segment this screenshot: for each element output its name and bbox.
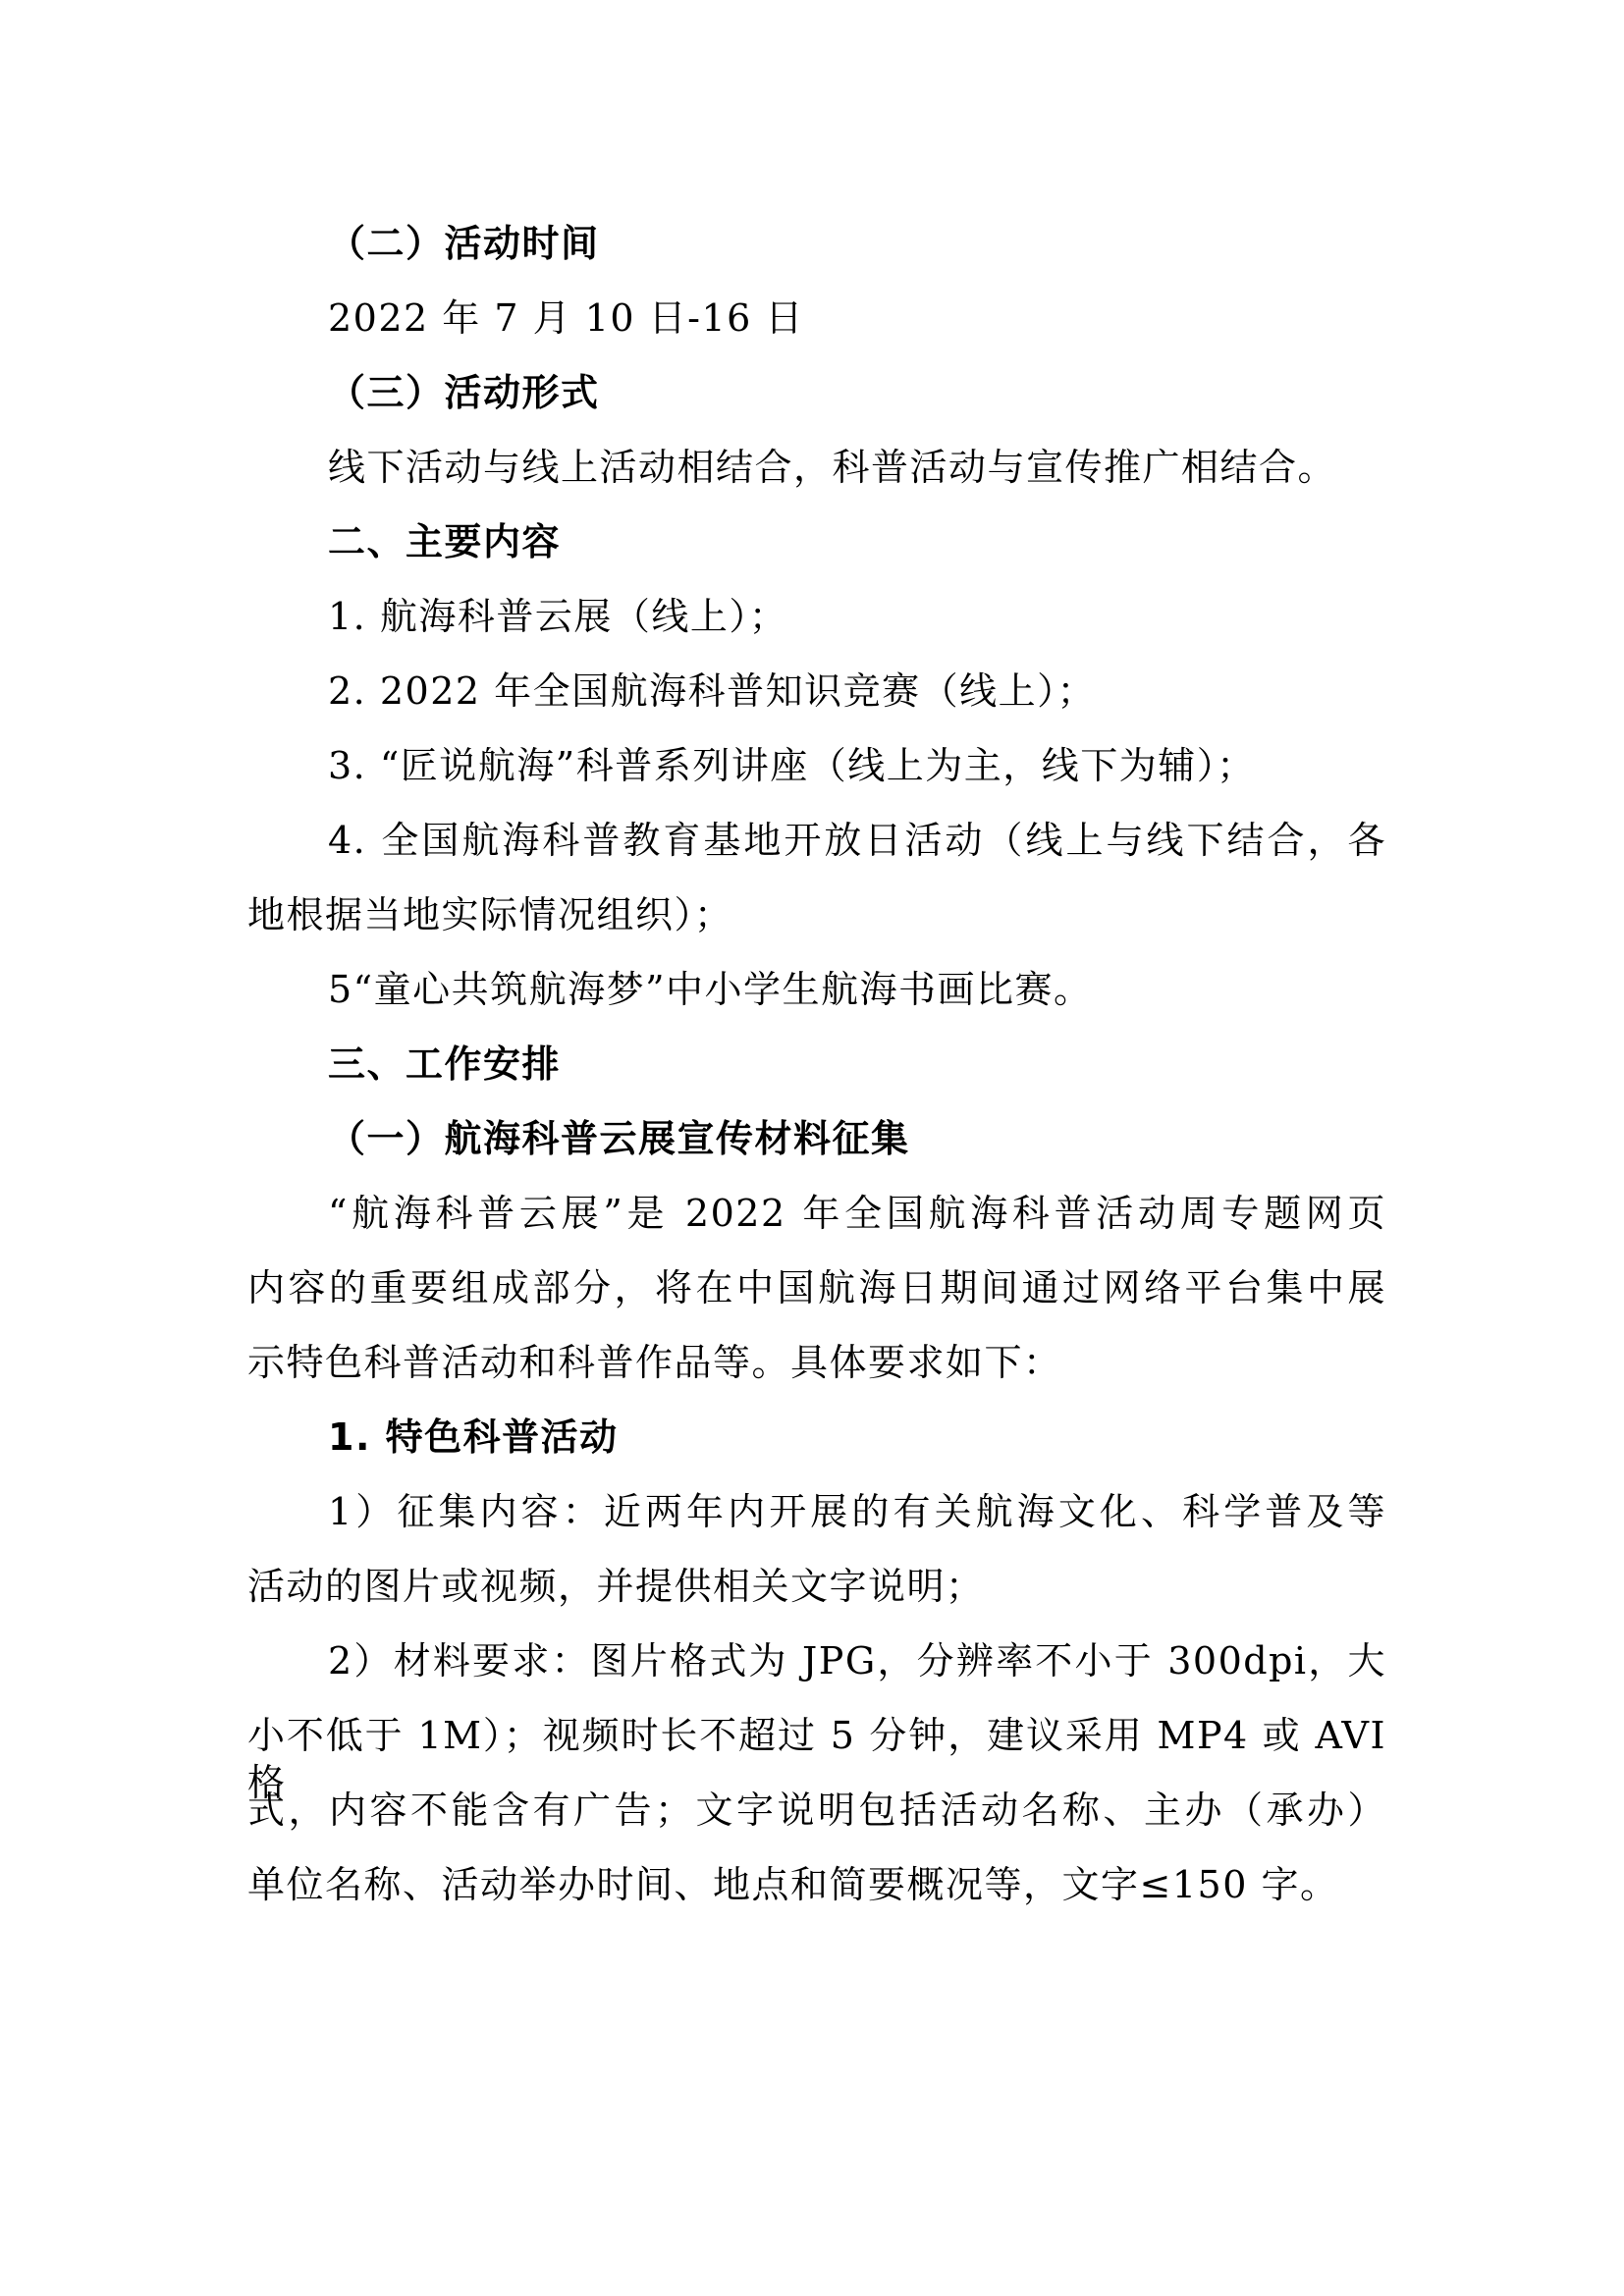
subheading-activity-time: （二）活动时间 (328, 220, 1467, 267)
heading-work-arrangement: 三、工作安排 (328, 1041, 1467, 1088)
requirement-2-line-1: 2）材料要求：图片格式为 JPG，分辨率不小于 300dpi，大 (328, 1637, 1386, 1684)
requirement-1-line-1: 1）征集内容：近两年内开展的有关航海文化、科学普及等 (328, 1488, 1386, 1535)
paragraph-cloud-exhibit-line-3: 示特色科普活动和科普作品等。具体要求如下： (247, 1339, 1386, 1386)
activity-time-value: 2022 年 7 月 10 日-16 日 (328, 294, 1467, 342)
list-item-1: 1. 航海科普云展（线上）； (328, 593, 1467, 640)
list-item-3: 3. “匠说航海”科普系列讲座（线上为主，线下为辅）； (328, 742, 1467, 789)
paragraph-cloud-exhibit-line-1: “航海科普云展”是 2022 年全国航海科普活动周专题网页 (328, 1190, 1386, 1237)
requirement-2-line-3: 式，内容不能含有广告；文字说明包括活动名称、主办（承办） (247, 1787, 1386, 1834)
heading-main-content: 二、主要内容 (328, 518, 1467, 565)
subheading-activity-form: （三）活动形式 (328, 369, 1467, 416)
subheading-cloud-exhibit: （一）航海科普云展宣传材料征集 (328, 1115, 1467, 1162)
requirement-1-line-2: 活动的图片或视频，并提供相关文字说明； (247, 1563, 1386, 1610)
activity-form-value: 线下活动与线上活动相结合，科普活动与宣传推广相结合。 (328, 444, 1467, 491)
list-item-4-line-1: 4. 全国航海科普教育基地开放日活动（线上与线下结合，各 (328, 817, 1386, 864)
list-item-5: 5“童心共筑航海梦”中小学生航海书画比赛。 (328, 966, 1467, 1013)
subheading-featured-activities: 1. 特色科普活动 (328, 1414, 1467, 1461)
list-item-2: 2. 2022 年全国航海科普知识竞赛（线上）； (328, 667, 1467, 715)
paragraph-cloud-exhibit-line-2: 内容的重要组成部分，将在中国航海日期间通过网络平台集中展 (247, 1264, 1386, 1311)
requirement-2-line-4: 单位名称、活动举办时间、地点和简要概况等，文字≤150 字。 (247, 1861, 1386, 1908)
document-page: （二）活动时间 2022 年 7 月 10 日-16 日 （三）活动形式 线下活… (0, 0, 1624, 2296)
list-item-4-line-2: 地根据当地实际情况组织）； (247, 891, 1386, 938)
